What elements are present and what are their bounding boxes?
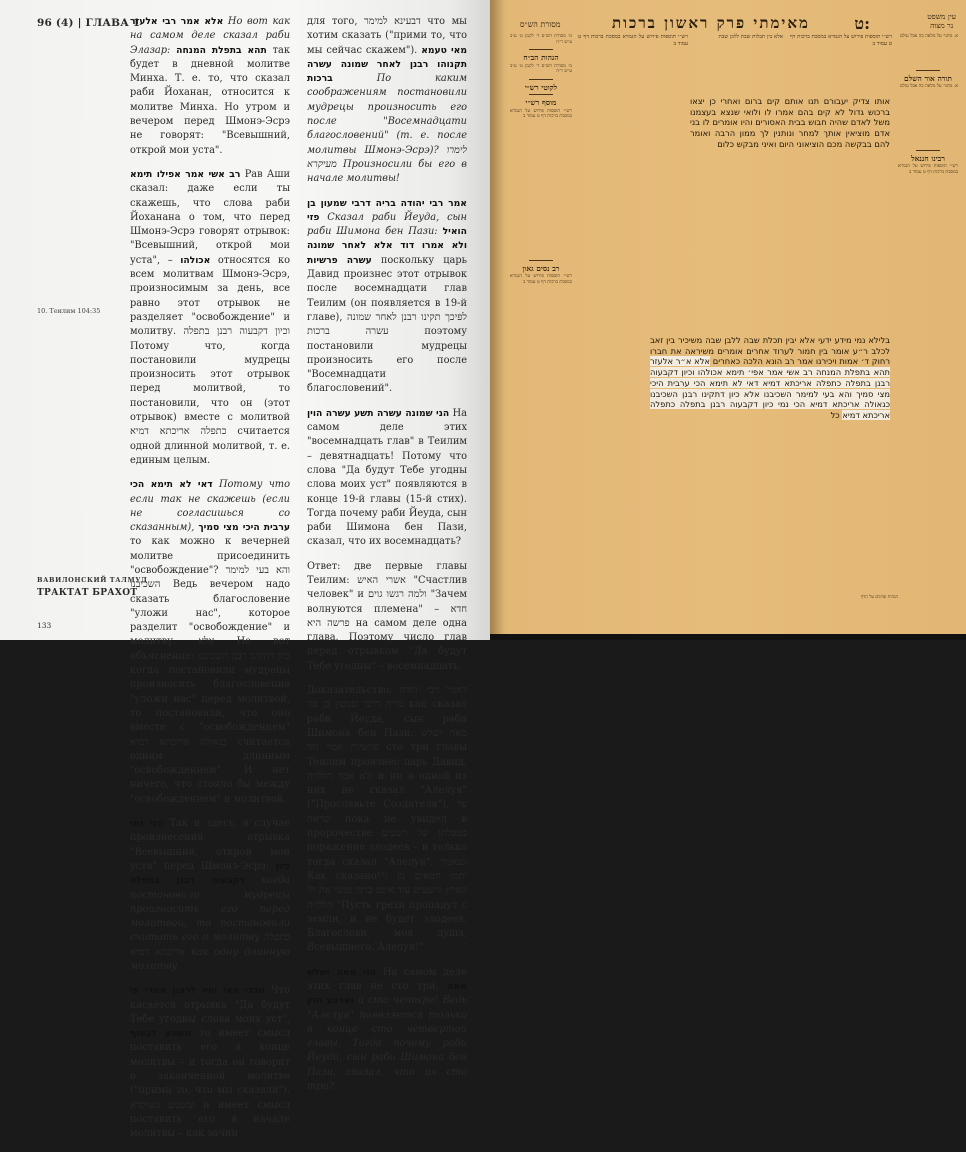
text-column-1: אלא אמר רבי אלעזר Но вот как на самом де… xyxy=(130,15,290,640)
paragraph: רב אשי אמר אפילו תימא Рав Аши сказал: да… xyxy=(130,168,290,468)
paragraph: для того, דבעינא למימר что мы хотим сказ… xyxy=(307,15,467,187)
masoret-hashas-label: מסורת הש״ס xyxy=(520,20,561,29)
hebrew-lemma: רב אשי אמר אפילו תימא xyxy=(130,169,240,180)
bottom-notes: הגהות וציונים על הדף xyxy=(578,595,898,600)
notes-heading: רב נסים גאון xyxy=(510,266,572,272)
hebrew-lemma: אכולהו xyxy=(180,255,210,266)
translation-text: относятся ко всем молитвам Шмонэ-Эсрэ, п… xyxy=(130,255,290,466)
ein-mishpat-notes: א. מתני׳ על מלאה בה אבל עולם xyxy=(898,34,958,40)
right-page-talmud: מסורת הש״ס מאימתי פרק ראשון ברכות ט: עין… xyxy=(490,0,966,640)
divider xyxy=(529,260,554,261)
notes-heading: מוסף רש״י xyxy=(510,100,572,106)
hebrew-lemma: הני שמונה עשרה תשע עשרה הוין xyxy=(307,408,449,419)
paragraph: דאי לא תימא הכי Потому что если так не с… xyxy=(130,478,290,640)
translation-text: По каким соображениям постановили мудрец… xyxy=(307,73,467,184)
paragraph: Ответ: две первые главы Теилим: אשרי האי… xyxy=(307,560,467,640)
page-bottom-edge xyxy=(490,634,966,640)
hebrew-lemma: תהא בתפלת המנחה xyxy=(176,45,267,56)
masoret-notes: מ׳ מסורת הש״ס ד׳ לקמן ט׳ ע״ב ע״ש ר״ה xyxy=(510,34,572,45)
left-margin-notes: מ׳ מסורת הש״ס ד׳ לקמן ט׳ ע״ב ע״ש ר״ה הגה… xyxy=(510,34,572,285)
gutter-shadow xyxy=(490,0,504,640)
running-head: 96 (4) | ГЛАВА 1 xyxy=(37,17,140,29)
translation-text: поскольку царь Давид произнес этот отрыв… xyxy=(307,255,467,395)
hebrew-lemma: אלא אמר רבי אלעזר xyxy=(130,16,223,27)
notes-text: רש״י תוספות פירוש על הגמרא במסכת ברכות ד… xyxy=(510,109,572,120)
paragraph: הני שמונה עשרה תשע עשרה הוין На самом де… xyxy=(307,407,467,550)
translation-text: так будет в дневной молитве Минха. Т. е.… xyxy=(130,45,290,156)
book-spread: 96 (4) | ГЛАВА 1 10. Теилим 104:35 ВАВИЛ… xyxy=(0,0,966,640)
hebrew-lemma: דאי לא תימא הכי xyxy=(130,479,213,490)
notes-heading: רבינו חננאל xyxy=(898,156,958,162)
gemara-main-text: אותו צדיק יעבורם תנו אותם קים ברום ואחרי… xyxy=(690,96,890,150)
translation-text: Ответ: две первые главы Теилим: אשרי האי… xyxy=(307,561,467,640)
notes-text: רש״י תוספות פירוש על הגמרא במסכת ברכות ד… xyxy=(898,164,958,175)
gemara-top-text: אלא בין תבלות שבת ללכן שבת xyxy=(695,34,783,41)
page-number: 133 xyxy=(37,621,51,630)
rashi-commentary: רש״י תוספות פירוש על הגמרא במסכת ברכות ד… xyxy=(790,34,892,48)
translation-text: то как можно к вечерней молитве присоеди… xyxy=(130,536,290,640)
gemara-text: אותו צדיק יעבורם תנו אותם קים ברום ואחרי… xyxy=(690,96,890,149)
daf-marker: ט: xyxy=(854,14,870,34)
right-margin-notes: א. מתני׳ על מלאה בה אבל עולם תורה אור הש… xyxy=(898,34,958,175)
divider xyxy=(529,79,554,80)
left-page-russian: 96 (4) | ГЛАВА 1 10. Теилим 104:35 ВАВИЛ… xyxy=(0,0,490,640)
notes-heading: תורה אור השלם xyxy=(898,76,958,82)
gemara-main-text-2: בלילא נמי מידע ידעי אלא יבין תכלת שבה לל… xyxy=(650,335,890,421)
divider xyxy=(916,150,940,151)
text-column-2: для того, דבעינא למימר что мы хотим сказ… xyxy=(307,15,467,640)
notes-heading: הגהות הב״ח xyxy=(510,55,572,61)
talmud-header: מסורת הש״ס מאימתי פרק ראשון ברכות ט: עין… xyxy=(490,12,966,32)
chapter-title: מאימתי פרק ראשון ברכות xyxy=(612,14,810,33)
ein-mishpat-label: עין משפט נר מצוה xyxy=(927,12,956,30)
divider xyxy=(529,49,554,50)
paragraph: אלא אמר רבי אלעזר Но вот как на самом де… xyxy=(130,15,290,158)
catchword: כל xyxy=(831,410,840,420)
divider xyxy=(529,94,554,95)
margin-footnote: 10. Теилим 104:35 xyxy=(37,307,100,315)
paragraph: אמר רבי יהודה בריה דרבי שמעון בן פזי Ска… xyxy=(307,197,467,397)
notes-text: מ׳ מסורת הש״ס ד׳ לקמן ט׳ ע״ב ע״ש ר״ה xyxy=(510,64,572,75)
notes-heading: לקוטי רש״י xyxy=(510,85,572,91)
translation-text: Рав Аши сказал: даже если ты скажешь, чт… xyxy=(130,169,290,266)
translation-text: На самом деле этих "восемнадцать глав" в… xyxy=(307,408,467,548)
tosafot-commentary: רש״י תוספות פירוש על הגמרא במסכת ברכות ד… xyxy=(578,34,688,48)
notes-text: א. מתני׳ על מלאה בה אבל עולם xyxy=(898,84,958,90)
divider xyxy=(916,70,940,71)
hebrew-lemma: ערבית היכי מצי סמיך xyxy=(198,522,290,533)
notes-text: רש״י תוספות פירוש על הגמרא במסכת ברכות ד… xyxy=(510,274,572,285)
